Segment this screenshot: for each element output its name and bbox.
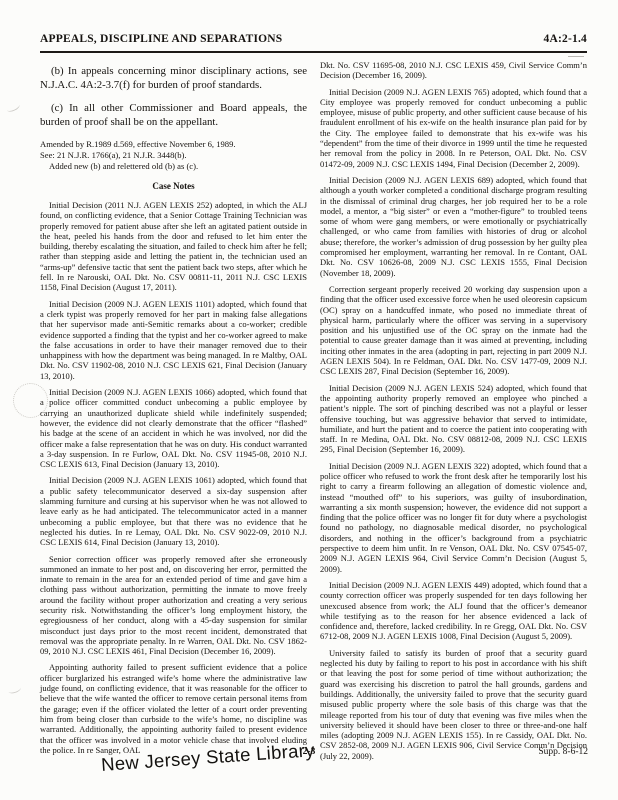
case-note-paragraph: Initial Decision (2009 N.J. AGEN LEXIS 5… [320, 383, 587, 455]
header-title: APPEALS, DISCIPLINE AND SEPARATIONS [40, 33, 282, 45]
history-line: Amended by R.1989 d.569, effective Novem… [40, 139, 307, 150]
amendment-history: Amended by R.1989 d.569, effective Novem… [40, 139, 307, 172]
subsection-b: (b) In appeals concerning minor discipli… [40, 65, 307, 92]
case-note-paragraph: Initial Decision (2009 N.J. AGEN LEXIS 6… [320, 175, 587, 278]
case-note-paragraph: Initial Decision (2009 N.J. AGEN LEXIS 1… [40, 299, 307, 381]
history-line: See: 21 N.J.R. 1766(a), 21 N.J.R. 3448(b… [40, 150, 307, 161]
document-page: APPEALS, DISCIPLINE AND SEPARATIONS 4A:2… [0, 0, 618, 800]
subsection-c: (c) In all other Commissioner and Board … [40, 102, 307, 129]
case-note-paragraph: Initial Decision (2009 N.J. AGEN LEXIS 3… [320, 461, 587, 574]
case-note-paragraph: Initial Decision (2009 N.J. AGEN LEXIS 1… [40, 475, 307, 547]
case-note-paragraph: Correction sergeant properly received 20… [320, 284, 587, 377]
case-note-paragraph: Initial Decision (2009 N.J. AGEN LEXIS 7… [320, 87, 587, 169]
case-note-paragraph: Initial Decision (2009 N.J. AGEN LEXIS 1… [40, 387, 307, 469]
column-left: (b) In appeals concerning minor discipli… [40, 60, 307, 767]
case-note-continuation: Dkt. No. CSV 11695-08, 2010 N.J. CSC LEX… [320, 60, 587, 81]
case-note-paragraph: Appointing authority failed to present s… [40, 662, 307, 755]
case-note-paragraph: Initial Decision (2011 N.J. AGEN LEXIS 2… [40, 200, 307, 293]
page-header: APPEALS, DISCIPLINE AND SEPARATIONS 4A:2… [40, 33, 587, 45]
footer-supplement: Supp. 8-6-12 [538, 747, 588, 757]
margin-pencil-mark [7, 684, 22, 695]
header-section-number: 4A:2-1.4 [544, 33, 587, 45]
case-note-paragraph: Senior correction officer was properly r… [40, 554, 307, 657]
case-notes-heading: Case Notes [40, 181, 307, 191]
case-note-paragraph: Initial Decision (2009 N.J. AGEN LEXIS 4… [320, 580, 587, 642]
two-column-body: (b) In appeals concerning minor discipli… [40, 60, 587, 767]
column-right: Dkt. No. CSV 11695-08, 2010 N.J. CSC LEX… [320, 60, 587, 767]
margin-circle-artifact [13, 383, 48, 418]
case-note-paragraph: University failed to satisfy its burden … [320, 648, 587, 761]
history-line: Added new (b) and relettered old (b) as … [40, 161, 307, 172]
margin-pencil-mark [5, 100, 21, 113]
header-rule [40, 51, 587, 53]
scan-dash-artifact [568, 56, 584, 57]
